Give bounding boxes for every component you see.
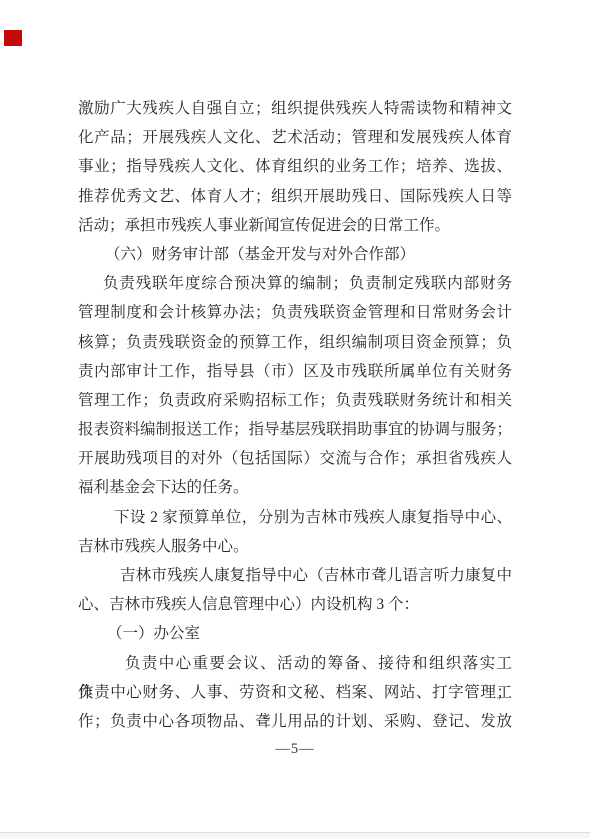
red-stamp-mark	[4, 30, 22, 46]
text-line: 负责残联年度综合预决算的编制；负责制定残联内部财务	[78, 269, 512, 298]
text-line: 开展助残项目的对外（包括国际）交流与合作；承担省残疾人	[78, 444, 512, 473]
text-line: 核算；负责残联资金的预算工作，组织编制项目资金预算；负	[78, 328, 512, 357]
text-line: 吉林市残疾人服务中心。	[78, 532, 512, 561]
document-text: 激励广大残疾人自强自立；组织提供残疾人特需读物和精神文 化产品；开展残疾人文化、…	[78, 94, 512, 736]
text-line: 负责中心重要会议、活动的筹备、接待和组织落实工作；	[78, 649, 512, 678]
text-line: 下设 2 家预算单位，分别为吉林市残疾人康复指导中心、	[78, 503, 512, 532]
page-bottom-edge	[0, 832, 590, 838]
page-number: —5—	[78, 738, 512, 760]
text-line: 福利基金会下达的任务。	[78, 473, 512, 502]
text-line: 负责中心财务、人事、劳资和文秘、档案、网站、打字管理工	[78, 678, 512, 707]
text-line: 推荐优秀文艺、体育人才；组织开展助残日、国际残疾人日等	[78, 182, 512, 211]
section-heading: （一）办公室	[78, 619, 512, 648]
text-line: 报表资料编制报送工作；指导基层残联捐助事宜的协调与服务；	[78, 415, 512, 444]
text-line: 作；负责中心各项物品、聋儿用品的计划、采购、登记、发放	[78, 707, 512, 736]
text-line: 激励广大残疾人自强自立；组织提供残疾人特需读物和精神文	[78, 94, 512, 123]
text-line: 吉林市残疾人康复指导中心（吉林市聋儿语言听力康复中	[78, 561, 512, 590]
text-line: 管理制度和会计核算办法；负责残联资金管理和日常财务会计	[78, 298, 512, 327]
document-page: 激励广大残疾人自强自立；组织提供残疾人特需读物和精神文 化产品；开展残疾人文化、…	[0, 0, 590, 838]
text-line: 管理工作；负责政府采购招标工作；负责残联财务统计和相关	[78, 386, 512, 415]
section-heading: （六）财务审计部（基金开发与对外合作部）	[78, 240, 512, 269]
text-line: 活动；承担市残疾人事业新闻宣传促进会的日常工作。	[78, 211, 512, 240]
text-line: 化产品；开展残疾人文化、艺术活动；管理和发展残疾人体育	[78, 123, 512, 152]
text-line: 责内部审计工作，指导县（市）区及市残联所属单位有关财务	[78, 357, 512, 386]
text-line: 心、吉林市残疾人信息管理中心）内设机构 3 个：	[78, 590, 512, 619]
text-line: 事业；指导残疾人文化、体育组织的业务工作；培养、选拔、	[78, 152, 512, 181]
